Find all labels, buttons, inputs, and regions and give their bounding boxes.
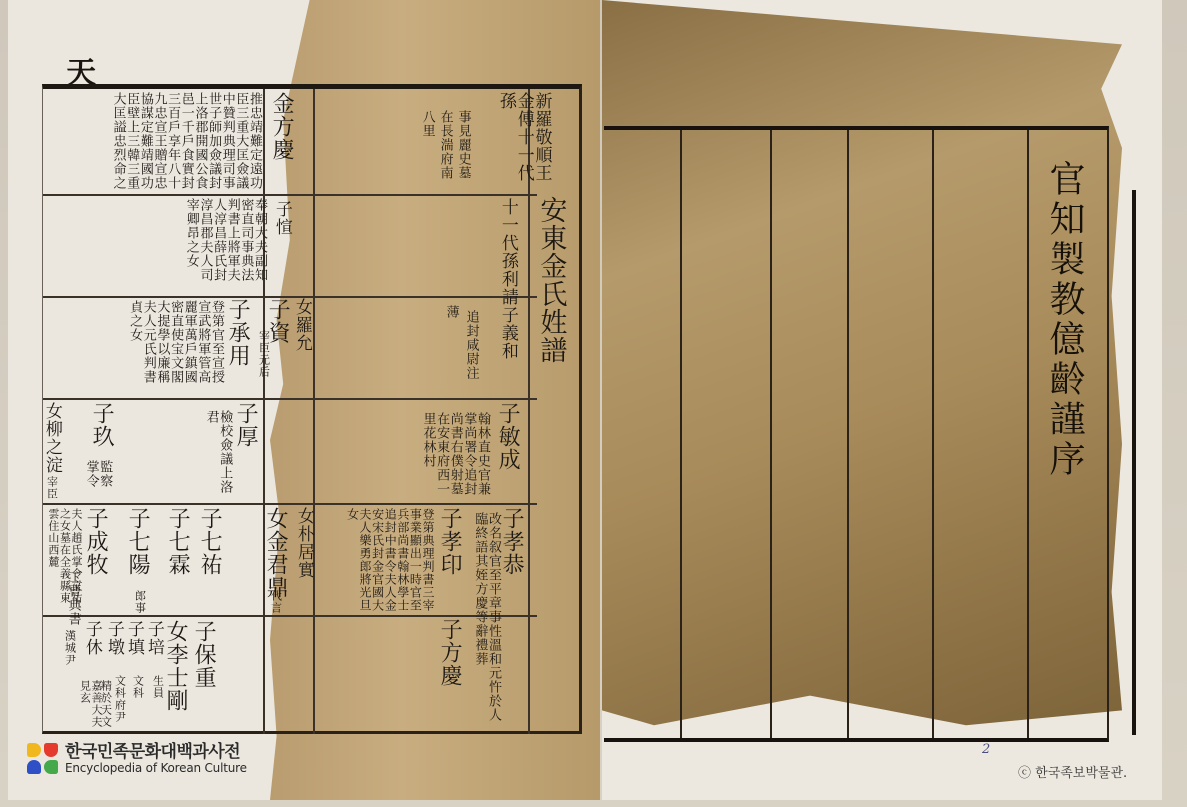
- child-name: 子愃: [272, 200, 290, 236]
- child-name: 子承用: [226, 298, 249, 367]
- child-name: 子七陽: [126, 507, 149, 576]
- left-page: 天 安東金氏姓譜 金方慶 推忠靖難定遠功臣三重大匡僉議中贊判典理司事世子師加僉議…: [8, 0, 600, 800]
- child-name: 子填: [124, 620, 142, 656]
- lineage-line: 十一代孫利請子義和: [498, 198, 516, 388]
- entry-description: 改名叙官至平章事性溫和元忤於人臨終語其姪方慶等辭禮葬: [464, 512, 500, 722]
- logo-segment: [27, 760, 41, 774]
- row-divider: [43, 194, 537, 196]
- encyclopedia-logo: 한국민족문화대백과사전 Encyclopedia of Korean Cultu…: [27, 743, 247, 775]
- logo-icon: [27, 743, 59, 775]
- child-name: 子成牧: [84, 507, 107, 576]
- note: 在長湍府南: [438, 110, 452, 180]
- logo-korean-text: 한국민족문화대백과사전: [65, 743, 247, 761]
- row-divider: [43, 398, 537, 400]
- child-name: 子墩: [104, 620, 122, 656]
- entry-description: 翰林直史官兼掌尚署令追封尚書右僕射墓在安東府西一里花林村: [384, 412, 489, 497]
- scanned-document: 天 安東金氏姓譜 金方慶 推忠靖難定遠功臣三重大匡僉議中贊判典理司事世子師加僉議…: [0, 0, 1187, 807]
- note: 漢城尹: [64, 630, 76, 666]
- note: 薄: [444, 305, 458, 319]
- note: 八里: [420, 110, 434, 138]
- column-rule: [770, 130, 772, 738]
- genealogy-title: 安東金氏姓譜: [536, 196, 564, 364]
- row-divider: [43, 296, 537, 298]
- note: 宰臣元后: [258, 330, 270, 378]
- daughter-name: 女朴居實: [294, 507, 312, 579]
- column-rule: [680, 130, 682, 738]
- column-rule: [847, 130, 849, 738]
- logo-segment: [44, 743, 58, 757]
- column-rule: [1027, 130, 1029, 738]
- ancestor-description: 推忠靖難定遠功臣三重大匡僉議中贊判典理司事世子師加僉議封上洛郡開國公食邑一千戶食…: [46, 92, 261, 190]
- column-divider: [313, 89, 315, 734]
- child-name: 子玖: [90, 402, 113, 448]
- note: 嘉善大夫見玄: [80, 680, 102, 732]
- daughter-name: 女李士剛: [164, 620, 187, 712]
- row-divider: [43, 503, 537, 505]
- child-name: 子方慶: [438, 618, 461, 687]
- note: 代言: [270, 590, 282, 614]
- note: 文科府尹: [114, 675, 126, 723]
- entry-description: 登第官至宣授宣武將軍管高麗軍萬戶鎮國密直使宝文閣大提學以廉稱夫人元氏判書貞之女: [98, 300, 223, 395]
- page-number: 2: [982, 742, 990, 757]
- note: 生員: [152, 675, 164, 699]
- entry-description: 夫人趙氏掌令文祐之女墓在全義縣東雲住山西麓: [42, 508, 82, 613]
- child-name: 子孝印: [438, 507, 461, 576]
- child-name: 子厚: [234, 402, 257, 448]
- child-name: 子七祐: [198, 507, 221, 576]
- note: 事見麗史墓: [456, 110, 470, 180]
- logo-english-text: Encyclopedia of Korean Culture: [65, 761, 247, 775]
- child-name: 子孝恭: [500, 507, 523, 576]
- preface-title: 官知製教億齡謹序: [1046, 160, 1082, 480]
- row-divider: [43, 615, 537, 617]
- note: 郎事: [134, 590, 146, 614]
- origin-line: 新羅敬順王金傅十一代孫: [496, 92, 550, 187]
- entry-description: 登第典理判書三宰事業顯出一時官至兵部尚書翰林學士追封中書令夫人金安宋氏封金官國大…: [324, 508, 434, 613]
- note: 文科: [132, 675, 144, 699]
- daughter-name: 女柳之淀: [42, 402, 60, 474]
- outer-border: [1132, 190, 1136, 735]
- daughter-name: 女羅允: [292, 298, 310, 352]
- right-page: 官知製教億齡謹序 2: [602, 0, 1162, 800]
- note: 追封咸尉注: [464, 310, 478, 380]
- child-name: 子敏成: [496, 402, 519, 471]
- logo-segment: [44, 760, 58, 774]
- logo-segment: [27, 743, 41, 757]
- daughter-name: 女金君鼎: [264, 507, 287, 599]
- child-name: 子保重: [192, 620, 215, 689]
- copyright-notice: ⓒ 한국족보박물관.: [1018, 762, 1127, 781]
- entry-description: 奉朝大夫副知密直司事典法判書上將軍夫人淳昌薛氏封淳昌郡夫人司宰卿昂之女: [148, 198, 266, 293]
- ancestor-name: 金方慶: [270, 92, 293, 161]
- child-name: 子七霖: [166, 507, 189, 576]
- column-rule: [932, 130, 934, 738]
- note: 宰臣: [46, 476, 58, 500]
- note: 檢校僉議上洛君: [204, 410, 231, 495]
- child-name: 子休: [82, 620, 100, 656]
- note: 監察掌令: [84, 460, 111, 500]
- child-name: 子培: [144, 620, 162, 656]
- column-divider: [263, 89, 265, 734]
